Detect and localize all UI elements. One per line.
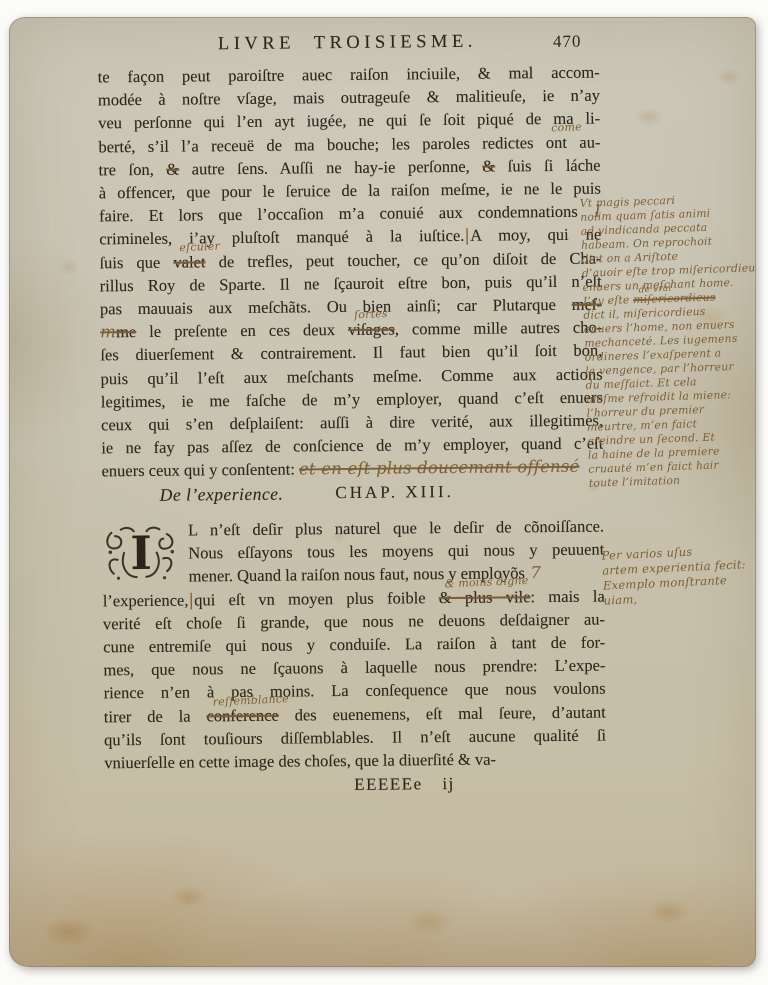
printed-text: L n’eſt deſir plus naturel que le deſir … [188,517,604,540]
printed-text: autre ſens. Auſſi ne hay-ie perſonne, [179,156,482,178]
interlinear-addition: come [551,121,582,133]
drop-cap-initial: I [102,522,181,587]
printed-text: berté, s’il l’a receuë de ma bouche; les… [98,133,546,156]
printed-paragraph-1: te façon peut paroiſtre auec raiſon inci… [98,61,604,483]
printed-text: des euenemens, eſt mal ſeure, d’autant [279,702,606,724]
running-header: LIVRE TROISIESME. 470 [97,31,597,60]
printed-text: cune entremiſe qui nous y conduiſe. La r… [103,633,605,657]
printed-text: me [116,322,136,341]
printed-text: à offencer, que pour le ſeruice de la ra… [99,179,601,203]
handwritten-text: miſericordieusde vrai [633,291,716,307]
printed-text: veu perſonne qui l’en ayt iugée, ne qui … [98,109,600,133]
handwritten-text: uiam, [603,592,637,607]
printed-line: qu’ils ſont touſiours diſſemblables. Il … [104,723,606,751]
printed-text: & [482,156,495,175]
printed-text: legitimes, ie me faſche de m’y employer,… [101,387,603,411]
printed-text: verité eſt choſe ſi grande, que nous ne … [103,609,605,633]
printed-text: , comme mille autres cho- [395,318,603,339]
printed-line: enuers ceux qui y conſentent: et en eſt … [101,455,603,483]
printed-text: ceux qui s’en deſplaiſent: auſſi à dire … [101,411,603,435]
chapter-title: De l’experience. [160,484,284,506]
printed-text: ont au-come [546,132,601,152]
printed-text: tirer de la [104,706,207,726]
printed-text: Nous eſſayons tous les moyens qui nous y… [188,540,604,563]
margin-note-block-1: Vt magis peccarinolim quam ſatis animiad… [580,191,756,491]
margin-note-block-2: Per varios uſusartem experientia fecit:E… [601,541,756,609]
handwritten-text: cruauté m’en faict hair [588,459,719,476]
interlinear-addition: ſortes [354,308,388,320]
chapter-heading: De l’experience. CHAP. XIII. [102,480,660,506]
interlinear-addition: reſſemblance [212,693,289,707]
printed-text: puis qu’il l’eſt aux meſchants meſme. Co… [101,364,603,388]
printed-text: conferencereſſemblance [206,705,279,725]
printed-text: viſagesſortes [348,320,395,339]
printed-paragraph-2: I L n’eſt deſir plus naturel que le deſi… [102,515,606,775]
printed-text: : mais la [530,586,604,606]
printed-text: de trefles, peut toucher, ce qu’on diſoi… [205,248,601,271]
printed-text: rience n’en à pas moins. La conſequence … [104,679,606,703]
printed-text: ſes diuerſement & contrairement. Il faut… [100,341,602,365]
printed-text: faire. Et lors que l’occaſion m’a conuié… [99,202,578,226]
handwritten-text: I’ay eſte [583,293,634,308]
printed-text: ſuis ſi láche [495,155,601,175]
printed-text: ſuis que [99,252,173,272]
printed-text: ie ne fay pas aſſez de conſcience de m’y… [101,434,603,458]
handwritten-text: et en eſt plus doucemant offensé [299,457,580,479]
printed-line: vniuerſelle en cette image des choſes, q… [104,747,606,775]
handwritten-text: m [100,322,116,341]
printed-text: qu’ils ſont touſiours diſſemblables. Il … [104,725,606,749]
book-page-scan: LIVRE TROISIESME. 470 te façon peut paro… [9,17,756,967]
interlinear-addition: de vrai [639,283,673,296]
drop-cap-letter: I [130,524,152,582]
printed-text: crimineles, i’ay pluſtoſt manqué à la iu… [99,226,464,249]
interlinear-addition: eſcuier [179,240,220,253]
handwritten-text: toute l’imitation [589,474,681,490]
interlinear-addition: & moins digne [445,574,529,589]
printed-text: pas mauuais aux meſchãts. Ou bien ainſi;… [100,295,572,319]
printed-text: l’experience, [103,590,189,610]
printed-text: modée à noſtre vſage, mais outrageuſe & … [98,86,600,110]
signature-mark: EEEEEe ij [104,772,654,797]
page-content: LIVRE TROISIESME. 470 te façon peut paro… [9,17,756,967]
printed-text: & plus vile& moins digne [439,587,531,607]
page-number: 470 [553,32,582,52]
printed-text: vniuerſelle en cette image des choſes, q… [104,750,496,773]
printed-text: enuers ceux qui y conſentent: [101,460,299,481]
printed-text: valeteſcuier [173,252,205,271]
printed-text: mes, que nous ne ſçauons à laquelle nous… [103,656,605,680]
printed-text: tre ſon, [99,160,167,180]
printed-text: rillus Roy de Sparte. Il ne ſçauroit eſt… [100,271,602,295]
printed-text: qui eſt vn moyen plus foible [194,588,439,609]
printed-text: le preſente en ces deux [136,320,348,341]
printed-text: & [166,159,179,178]
printed-text: te façon peut paroiſtre auec raiſon inci… [98,63,600,87]
chapter-number: CHAP. XIII. [335,482,454,504]
running-title: LIVRE TROISIESME. [97,31,597,57]
